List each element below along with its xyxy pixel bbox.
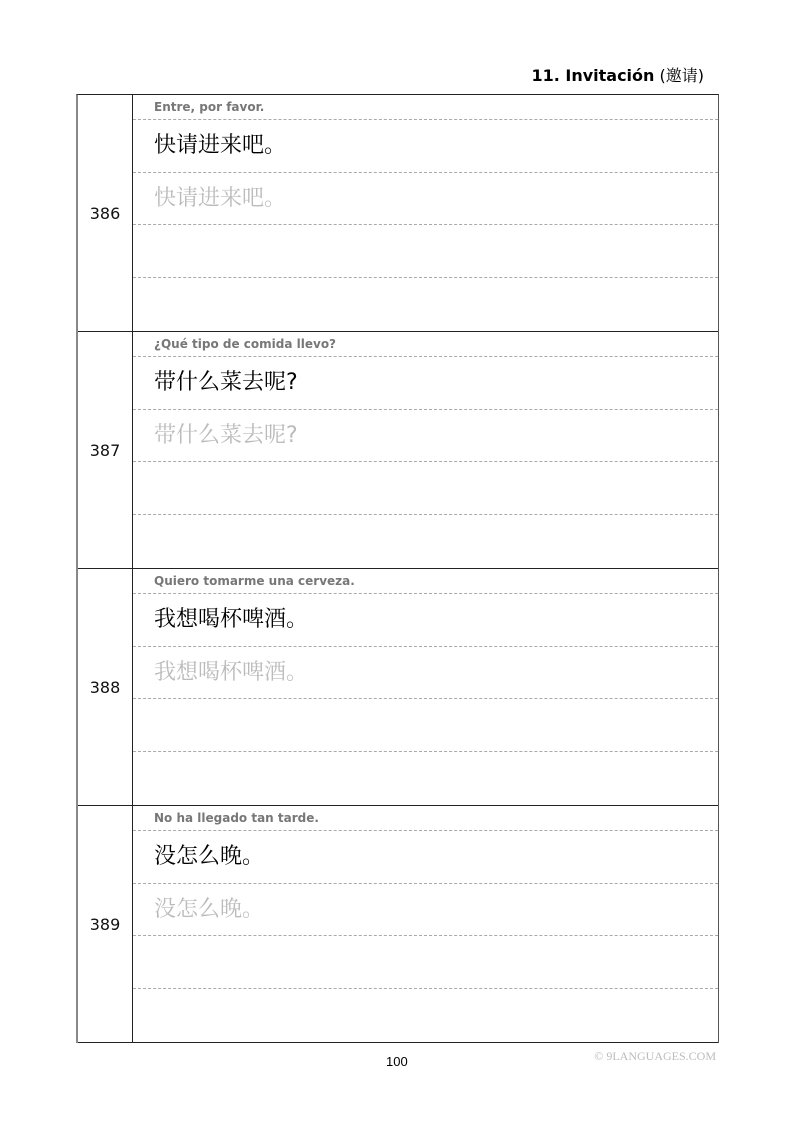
blank-writing-line	[133, 225, 718, 278]
trace-sentence: 没怎么晚。	[133, 884, 718, 937]
entry-number: 388	[78, 569, 133, 805]
section-title: 11. Invitación (邀请)	[531, 63, 704, 86]
entry-lines: ¿Qué tipo de comida llevo? 带什么菜去呢? 带什么菜去…	[133, 332, 718, 568]
trace-sentence: 我想喝杯啤酒。	[133, 647, 718, 700]
blank-writing-line	[133, 515, 718, 568]
blank-writing-line	[133, 752, 718, 805]
spanish-sentence: Quiero tomarme una cerveza.	[133, 569, 718, 594]
trace-sentence: 快请进来吧。	[133, 173, 718, 226]
blank-writing-line	[133, 936, 718, 989]
entry-lines: No ha llegado tan tarde. 没怎么晚。 没怎么晚。	[133, 806, 718, 1042]
entry-group: 389 No ha llegado tan tarde. 没怎么晚。 没怎么晚。	[78, 806, 718, 1043]
spanish-sentence: ¿Qué tipo de comida llevo?	[133, 332, 718, 357]
spanish-sentence: Entre, por favor.	[133, 95, 718, 120]
section-title-chinese: (邀请)	[654, 66, 704, 85]
chinese-sentence: 快请进来吧。	[133, 120, 718, 173]
entry-number: 387	[78, 332, 133, 568]
page-number: 100	[386, 1054, 408, 1069]
spanish-sentence: No ha llegado tan tarde.	[133, 806, 718, 831]
entry-group: 387 ¿Qué tipo de comida llevo? 带什么菜去呢? 带…	[78, 332, 718, 569]
blank-writing-line	[133, 462, 718, 515]
section-title-text: 11. Invitación	[531, 66, 654, 85]
chinese-sentence: 没怎么晚。	[133, 831, 718, 884]
entry-number: 389	[78, 806, 133, 1042]
chinese-sentence: 我想喝杯啤酒。	[133, 594, 718, 647]
practice-table: 386 Entre, por favor. 快请进来吧。 快请进来吧。 387 …	[76, 94, 719, 1043]
entry-lines: Quiero tomarme una cerveza. 我想喝杯啤酒。 我想喝杯…	[133, 569, 718, 805]
entry-group: 386 Entre, por favor. 快请进来吧。 快请进来吧。	[78, 95, 718, 332]
entry-lines: Entre, por favor. 快请进来吧。 快请进来吧。	[133, 95, 718, 331]
blank-writing-line	[133, 699, 718, 752]
entry-number: 386	[78, 95, 133, 331]
copyright-notice: © 9LANGUAGES.COM	[594, 1049, 716, 1064]
blank-writing-line	[133, 278, 718, 331]
entry-group: 388 Quiero tomarme una cerveza. 我想喝杯啤酒。 …	[78, 569, 718, 806]
blank-writing-line	[133, 989, 718, 1042]
trace-sentence: 带什么菜去呢?	[133, 410, 718, 463]
chinese-sentence: 带什么菜去呢?	[133, 357, 718, 410]
